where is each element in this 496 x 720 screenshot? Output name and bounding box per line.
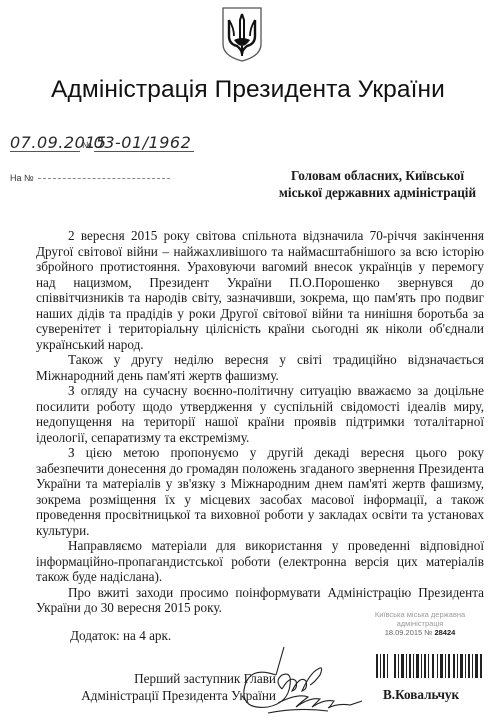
outgoing-number: 03-01/1962 [94,134,194,152]
addressee: Головам обласних, Київської міської держ… [270,167,485,201]
paragraph: 2 вересня 2015 року світова спільнота ві… [36,228,484,352]
reply-to-field: На № [10,173,170,183]
appendix-note: Додаток: на 4 арк. [70,628,171,644]
paragraph: Також у другу неділю вересня у світі тра… [36,352,484,383]
stamp-line-2: адміністрація [355,619,485,628]
trident-coat-of-arms-icon [221,6,263,63]
signer-name: В.Ковальчук [383,687,459,703]
reply-to-blank [38,178,170,179]
paragraph: З цією метою пропонуємо у другій декаді … [36,445,484,538]
addressee-line-2: міської державних адміністрацій [270,184,485,201]
addressee-line-1: Головам обласних, Київської [270,167,485,184]
stamp-reg-number: 28424 [434,628,455,637]
incoming-stamp: Київська міська державна адміністрація 1… [355,610,485,637]
paragraph: З огляду на сучасну воєнно-політичну сит… [36,383,484,445]
letter-body: 2 вересня 2015 року світова спільнота ві… [36,228,484,616]
organization-title: Адміністрація Президента України [0,76,496,104]
stamp-reg-date: 18.09.2015 № [385,628,433,637]
document-page: Адміністрація Президента України 07.09.2… [0,0,496,720]
reply-to-label: На № [10,173,34,183]
handwritten-signature-icon [238,645,368,720]
paragraph: Направляємо матеріали для використання у… [36,538,484,585]
barcode-icon [376,654,484,678]
outgoing-date: 07.09.2015 [10,134,80,152]
stamp-line-1: Київська міська державна [355,610,485,619]
number-label: № [82,140,92,150]
outgoing-registration: 07.09.2015№03-01/1962 [10,134,194,152]
